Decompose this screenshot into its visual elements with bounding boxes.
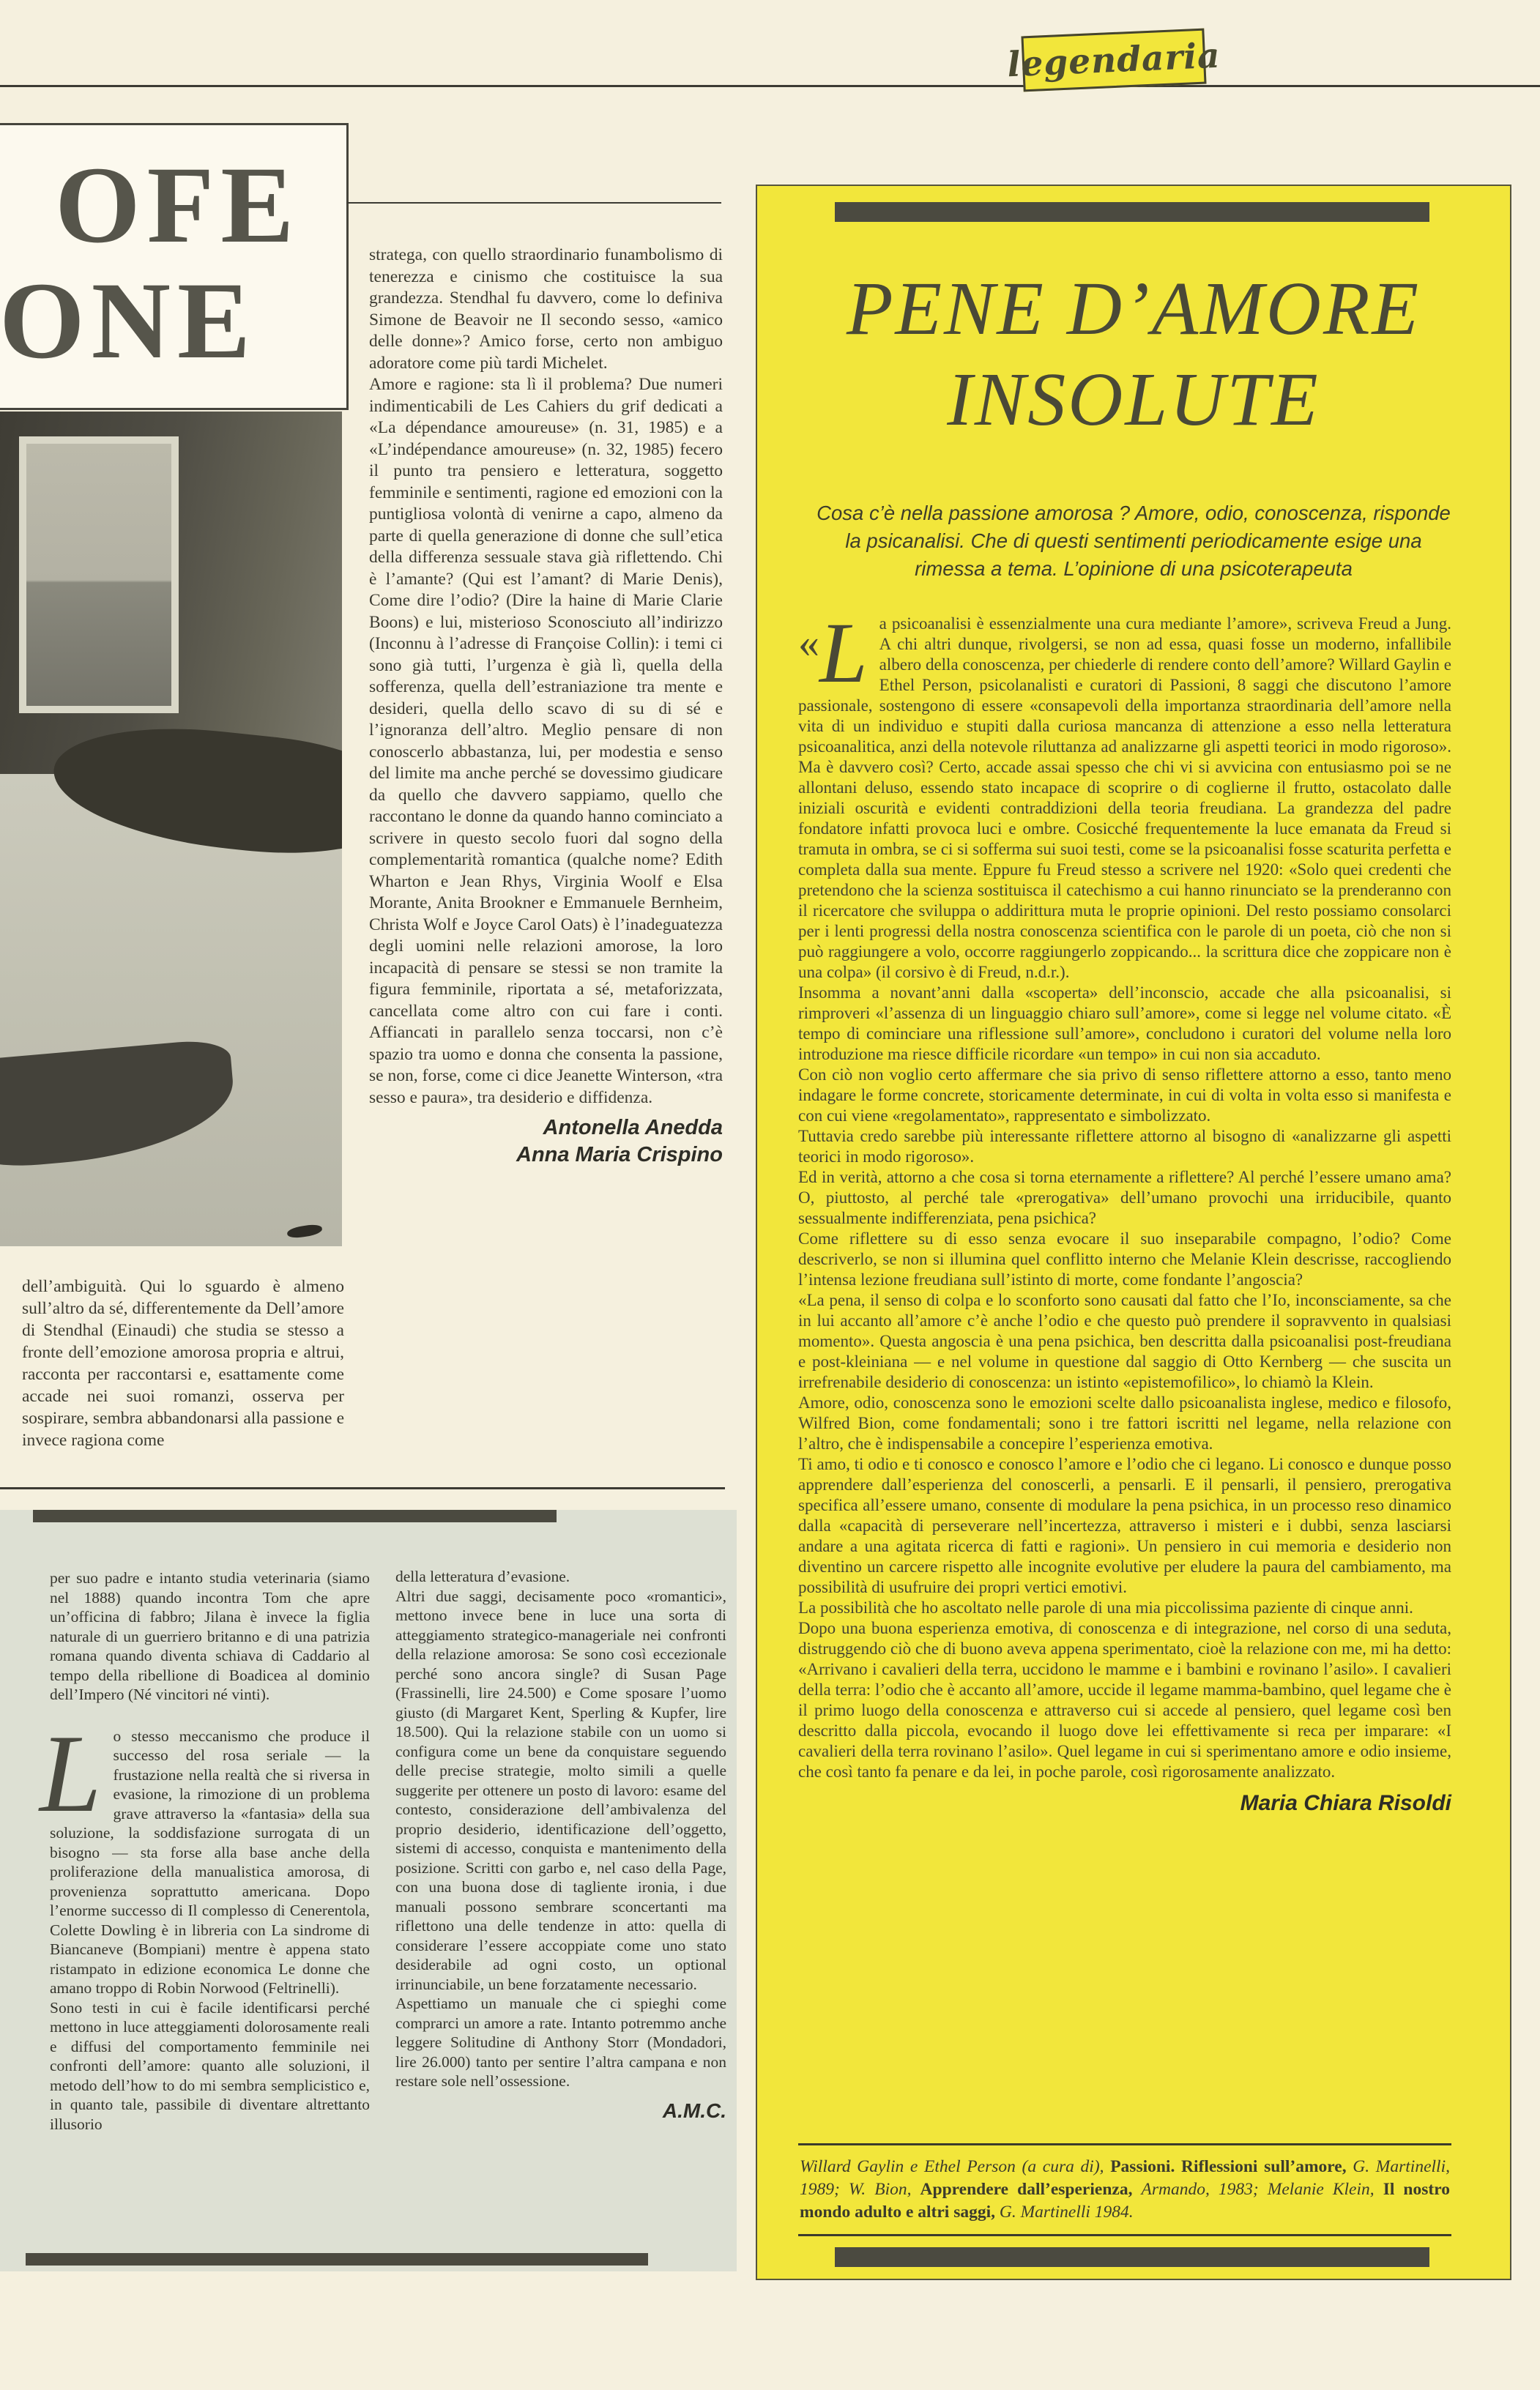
article-title-line1: PENE D’AMORE: [757, 264, 1510, 354]
paragraph: Amore, odio, conoscenza sono le emozioni…: [798, 1393, 1451, 1454]
paragraph: stratega, con quello straordinario funam…: [369, 245, 723, 374]
sea-horizon: [26, 444, 171, 706]
feature-photo: [0, 412, 342, 1246]
masthead-logo-badge: legendaria: [1021, 29, 1206, 92]
article-body: «La psicoanalisi è essenzialmente una cu…: [798, 614, 1451, 2236]
paragraph: Lo stesso meccanismo che produce il succ…: [50, 1727, 370, 1998]
paragraph: Amore e ragione: sta lì il problema? Due…: [369, 374, 723, 1109]
article-signature: Maria Chiara Risoldi: [798, 1790, 1451, 1817]
paragraph: Come riflettere su di esso senza evocare…: [798, 1229, 1451, 1290]
bibliography: Willard Gaylin e Ethel Person (a cura di…: [798, 2143, 1451, 2236]
column-rule: [346, 202, 721, 204]
article-title: PENE D’AMORE INSOLUTE: [757, 264, 1510, 445]
paragraph: della letteratura d’evasione.: [395, 1567, 726, 1587]
top-decorative-bar: [835, 202, 1429, 222]
paragraph: «La pena, il senso di colpa e lo sconfor…: [798, 1290, 1451, 1393]
divider-rule: [0, 1487, 725, 1489]
review-signature: A.M.C.: [395, 2099, 726, 2123]
paragraph: Altri due saggi, decisamente poco «roman…: [395, 1587, 726, 1995]
headline-text-line2: ONE: [0, 263, 346, 379]
paragraph: Insomma a novant’anni dalla «scoperta» d…: [798, 983, 1451, 1065]
article-title-line2: INSOLUTE: [757, 354, 1510, 445]
paragraph: La possibilità che ho ascoltato nelle pa…: [798, 1598, 1451, 1618]
feature-article-box: PENE D’AMORE INSOLUTE Cosa c’è nella pas…: [756, 185, 1511, 2280]
paragraph: per suo padre e intanto studia veterinar…: [50, 1568, 370, 1705]
article-signatures: Antonella Anedda Anna Maria Crispino: [369, 1114, 723, 1169]
paragraph: Sono testi in cui è facile identificarsi…: [50, 1998, 370, 2134]
review-left-column: per suo padre e intanto studia veterinar…: [50, 1568, 370, 2134]
paragraph: dell’ambiguità. Qui lo sguardo è almeno …: [22, 1276, 344, 1451]
left-column: dell’ambiguità. Qui lo sguardo è almeno …: [22, 1276, 344, 1451]
paragraph: Tuttavia credo sarebbe più interessante …: [798, 1126, 1451, 1167]
article-subtitle: Cosa c’è nella passione amorosa ? Amore,…: [794, 499, 1473, 583]
paragraph: Con ciò non voglio certo affermare che s…: [798, 1065, 1451, 1126]
spacer: [798, 1817, 1451, 2143]
drop-cap: «L: [798, 614, 879, 687]
paragraph: «La psicoanalisi è essenzialmente una cu…: [798, 614, 1451, 983]
top-rule: [0, 85, 1540, 87]
middle-column: stratega, con quello straordinario funam…: [369, 245, 723, 1169]
headline-box: OFE ONE: [0, 123, 349, 410]
headline-text-line1: OFE: [55, 147, 346, 263]
drop-cap: L: [40, 1731, 102, 1816]
paragraph: Ti amo, ti odio e ti conosco e conosco l…: [798, 1454, 1451, 1598]
bottom-decorative-bar: [835, 2247, 1429, 2267]
review-right-column: della letteratura d’evasione. Altri due …: [395, 1567, 726, 2123]
signature: Anna Maria Crispino: [369, 1142, 723, 1169]
review-box: per suo padre e intanto studia veterinar…: [0, 1510, 737, 2271]
magazine-page: legendaria OFE ONE dell’ambiguità. Qui l…: [0, 0, 1540, 2390]
signature: Antonella Anedda: [369, 1114, 723, 1142]
paragraph: Dopo una buona esperienza emotiva, di co…: [798, 1618, 1451, 1782]
review-bottom-bar: [26, 2253, 648, 2266]
seascape-painting: [19, 436, 179, 713]
masthead-logo: legendaria: [1006, 35, 1221, 85]
review-top-bar: [33, 1510, 557, 1522]
paragraph: Ed in verità, attorno a che cosa si torn…: [798, 1167, 1451, 1229]
paragraph: Aspettiamo un manuale che ci spieghi com…: [395, 1994, 726, 2091]
